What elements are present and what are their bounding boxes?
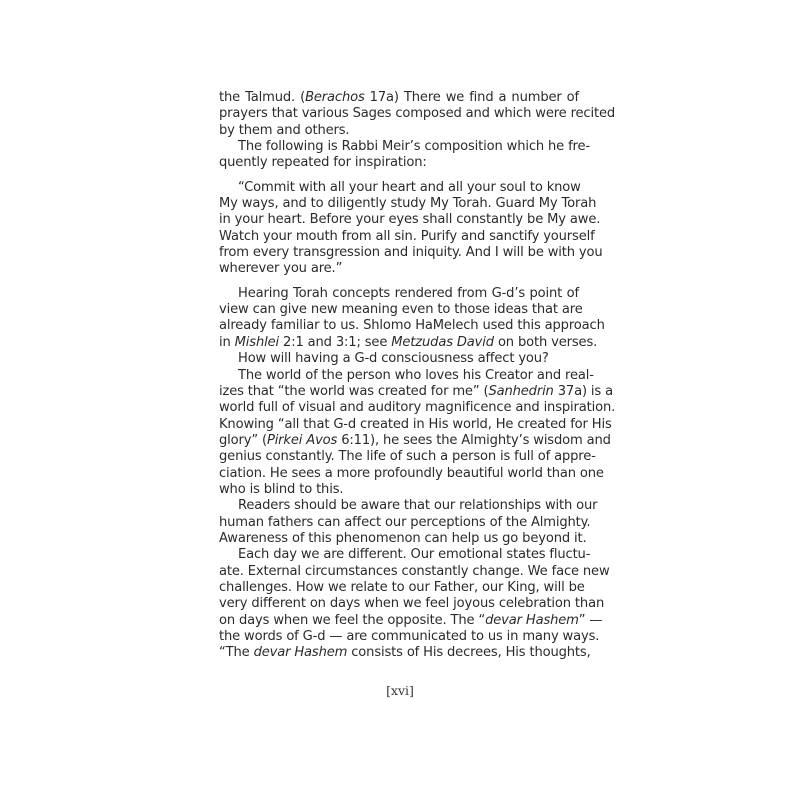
text-run: on days when we feel the opposite. The “ xyxy=(219,613,485,628)
text-run: The following is Rabbi Meir’s compositio… xyxy=(238,139,590,154)
text-line: Readers should be aware that our relatio… xyxy=(219,498,579,514)
text-line: Knowing “all that G-d created in His wor… xyxy=(219,417,579,433)
text-line: very different on days when we feel joyo… xyxy=(219,596,579,612)
text-line: quently repeated for inspiration: xyxy=(219,155,579,171)
text-line: who is blind to this. xyxy=(219,482,579,498)
text-run: already familiar to us. Shlomo HaMelech … xyxy=(219,318,605,333)
text-line: from every transgression and iniquity. A… xyxy=(219,245,579,261)
text-run: consists of His decrees, His thoughts, xyxy=(347,645,590,660)
text-run: Awareness of this phenomenon can help us… xyxy=(219,531,587,546)
text-run: 2:1 and 3:1; see xyxy=(279,335,391,350)
italic-reference: Sanhedrin xyxy=(488,384,553,399)
text-line: Watch your mouth from all sin. Purify an… xyxy=(219,229,579,245)
text-run: human fathers can affect our perceptions… xyxy=(219,515,590,530)
text-line: prayers that various Sages composed and … xyxy=(219,106,579,122)
text-run: 37a) is a xyxy=(554,384,613,399)
italic-reference: Berachos xyxy=(305,90,365,105)
paragraph-world: The world of the person who loves his Cr… xyxy=(219,368,579,499)
text-run: world full of visual and auditory magnif… xyxy=(219,400,615,415)
text-run: ate. External circumstances constantly c… xyxy=(219,564,610,579)
text-line: in your heart. Before your eyes shall co… xyxy=(219,212,579,228)
text-run: Hearing Torah concepts rendered from G-d… xyxy=(238,286,579,301)
text-run: from every transgression and iniquity. A… xyxy=(219,245,603,260)
text-run: 6:11), he sees the Almighty’s wisdom and xyxy=(337,433,611,448)
text-run: wherever you are.” xyxy=(219,261,342,276)
text-run: Knowing “all that G-d created in His wor… xyxy=(219,417,612,432)
paragraph-spacer xyxy=(219,172,579,180)
italic-reference: Mishlei xyxy=(235,335,279,350)
text-line: already familiar to us. Shlomo HaMelech … xyxy=(219,318,579,334)
text-run: glory” ( xyxy=(219,433,267,448)
text-line: “The devar Hashem consists of His decree… xyxy=(219,645,579,661)
text-run: on both verses. xyxy=(494,335,597,350)
text-run: genius constantly. The life of such a pe… xyxy=(219,449,596,464)
text-line: the Talmud. (Berachos 17a) There we find… xyxy=(219,90,579,106)
italic-reference: devar Hashem xyxy=(485,613,579,628)
paragraph-each-day: Each day we are different. Our emotional… xyxy=(219,547,579,661)
text-line: challenges. How we relate to our Father,… xyxy=(219,580,579,596)
page-body: the Talmud. (Berachos 17a) There we find… xyxy=(219,90,579,662)
text-run: “Commit with all your heart and all your… xyxy=(238,180,581,195)
paragraph-spacer xyxy=(219,278,579,286)
text-line: the words of G-d — are communicated to u… xyxy=(219,629,579,645)
paragraph-question: How will having a G-d consciousness affe… xyxy=(219,351,579,367)
text-run: Watch your mouth from all sin. Purify an… xyxy=(219,229,595,244)
text-run: very different on days when we feel joyo… xyxy=(219,596,604,611)
text-line: The following is Rabbi Meir’s compositio… xyxy=(219,139,579,155)
text-run: How will having a G-d consciousness affe… xyxy=(238,351,549,366)
text-run: ” — xyxy=(579,613,603,628)
paragraph-intro: the Talmud. (Berachos 17a) There we find… xyxy=(219,90,579,139)
text-run: quently repeated for inspiration: xyxy=(219,155,427,170)
paragraph-hearing-torah: Hearing Torah concepts rendered from G-d… xyxy=(219,286,579,351)
text-line: by them and others. xyxy=(219,123,579,139)
text-run: the words of G-d — are communicated to u… xyxy=(219,629,599,644)
text-run: who is blind to this. xyxy=(219,482,343,497)
text-line: human fathers can affect our perceptions… xyxy=(219,515,579,531)
text-run: the Talmud. ( xyxy=(219,90,305,105)
text-run: My ways, and to diligently study My Tora… xyxy=(219,196,596,211)
text-line: ciation. He sees a more profoundly beaut… xyxy=(219,466,579,482)
text-line: The world of the person who loves his Cr… xyxy=(219,368,579,384)
text-run: prayers that various Sages composed and … xyxy=(219,106,615,121)
text-line: Each day we are different. Our emotional… xyxy=(219,547,579,563)
italic-reference: devar Hashem xyxy=(254,645,348,660)
text-line: izes that “the world was created for me”… xyxy=(219,384,579,400)
text-line: “Commit with all your heart and all your… xyxy=(219,180,579,196)
text-line: wherever you are.” xyxy=(219,261,579,277)
text-run: challenges. How we relate to our Father,… xyxy=(219,580,585,595)
text-line: glory” (Pirkei Avos 6:11), he sees the A… xyxy=(219,433,579,449)
text-line: in Mishlei 2:1 and 3:1; see Metzudas Dav… xyxy=(219,335,579,351)
paragraph-rabbi-meir: The following is Rabbi Meir’s compositio… xyxy=(219,139,579,172)
text-run: Readers should be aware that our relatio… xyxy=(238,498,597,513)
paragraph-readers: Readers should be aware that our relatio… xyxy=(219,498,579,547)
text-run: The world of the person who loves his Cr… xyxy=(238,368,594,383)
text-run: ciation. He sees a more profoundly beaut… xyxy=(219,466,604,481)
text-line: How will having a G-d consciousness affe… xyxy=(219,351,579,367)
text-line: My ways, and to diligently study My Tora… xyxy=(219,196,579,212)
text-line: view can give new meaning even to those … xyxy=(219,302,579,318)
text-run: Each day we are different. Our emotional… xyxy=(238,547,590,562)
text-run: view can give new meaning even to those … xyxy=(219,302,583,317)
text-line: Awareness of this phenomenon can help us… xyxy=(219,531,579,547)
text-run: izes that “the world was created for me”… xyxy=(219,384,488,399)
italic-reference: Pirkei Avos xyxy=(267,433,337,448)
text-run: in your heart. Before your eyes shall co… xyxy=(219,212,600,227)
italic-reference: Metzudas David xyxy=(391,335,494,350)
quote-block: “Commit with all your heart and all your… xyxy=(219,180,579,278)
text-run: “The xyxy=(219,645,254,660)
page-number: [xvi] xyxy=(0,683,800,698)
text-run: in xyxy=(219,335,235,350)
text-line: on days when we feel the opposite. The “… xyxy=(219,613,579,629)
text-run: 17a) There we find a number of xyxy=(365,90,579,105)
text-line: genius constantly. The life of such a pe… xyxy=(219,449,579,465)
text-line: world full of visual and auditory magnif… xyxy=(219,400,579,416)
text-run: by them and others. xyxy=(219,123,349,138)
text-line: Hearing Torah concepts rendered from G-d… xyxy=(219,286,579,302)
text-line: ate. External circumstances constantly c… xyxy=(219,564,579,580)
